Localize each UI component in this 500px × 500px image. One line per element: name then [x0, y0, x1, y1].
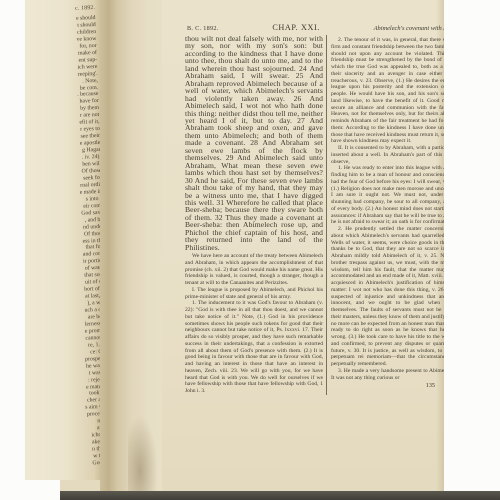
gutter-fold-shadow: [128, 415, 158, 495]
left-page-sliver: c. 1892. e shouldt shouldchildrenve know…: [25, 0, 100, 480]
text-column-left: thou wilt not deal falsely with me, nor …: [185, 35, 326, 395]
left-page-fragments: c. 1892. e shouldt shouldchildrenve know…: [29, 4, 100, 469]
photo-backdrop-left: [0, 0, 25, 500]
commentary-paragraph: 1. The inducement to it was God's favour…: [185, 300, 323, 395]
main-page: B. C. 1892. CHAP. XXI. Abimelech's coven…: [185, 0, 469, 492]
text-fragment-line: God that: [47, 460, 100, 469]
header-chapter: CHAP. XXI.: [272, 23, 320, 32]
bottom-shadow: [60, 491, 500, 500]
left-page-header-fragment: c. 1892.: [29, 4, 95, 15]
left-page-line-fragments: e shouldt shouldchildrenve knowfor, norm…: [29, 15, 100, 469]
photo-backdrop-bottom-left: [0, 480, 60, 500]
commentary-left: We have here an account of the treaty be…: [185, 253, 323, 395]
commentary-paragraph: I. The league is proposed by Abimelech, …: [185, 287, 323, 301]
text-columns: thou wilt not deal falsely with me, nor …: [185, 35, 469, 395]
page-header: B. C. 1892. CHAP. XXI. Abimelech's coven…: [185, 23, 469, 32]
book-paper: c. 1892. e shouldt shouldchildrenve know…: [25, 0, 444, 492]
commentary-paragraph: We have here an account of the treaty be…: [185, 253, 323, 287]
book-photo: c. 1892. e shouldt shouldchildrenve know…: [0, 0, 500, 500]
photo-backdrop-right: [444, 0, 500, 491]
scripture-text: thou wilt not deal falsely with me, nor …: [185, 35, 323, 251]
header-date: B. C. 1892.: [187, 25, 219, 32]
